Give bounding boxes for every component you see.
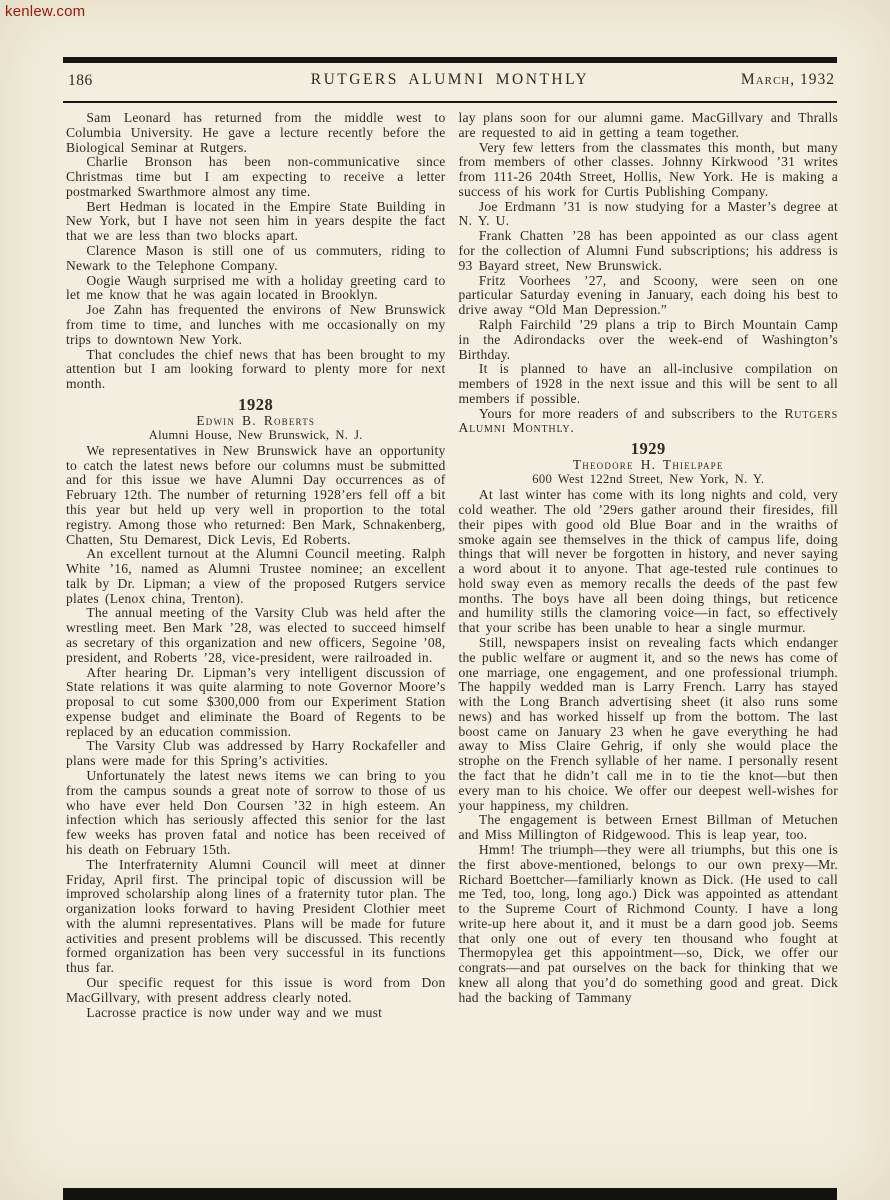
paragraph: Charlie Bronson has been non-communicati… xyxy=(66,155,446,199)
masthead: 186 RUTGERS ALUMNI MONTHLY March, 1932 xyxy=(63,70,837,96)
class-year-heading: 1929 xyxy=(459,440,839,457)
paragraph: We representatives in New Brunswick have… xyxy=(66,444,446,547)
paragraph: Our specific request for this issue is w… xyxy=(66,976,446,1006)
masthead-top-rule xyxy=(63,57,837,63)
watermark-text: kenlew.com xyxy=(5,3,85,20)
paragraph: Frank Chatten ’28 has been appointed as … xyxy=(459,229,839,273)
correspondent-address: Alumni House, New Brunswick, N. J. xyxy=(66,428,446,442)
paragraph: Bert Hedman is located in the Empire Sta… xyxy=(66,200,446,244)
paragraph: Ralph Fairchild ’29 plans a trip to Birc… xyxy=(459,318,839,362)
paragraph: Joe Erdmann ’31 is now studying for a Ma… xyxy=(459,200,839,230)
paragraph: It is planned to have an all-inclusive c… xyxy=(459,362,839,406)
correspondent-name: Edwin B. Roberts xyxy=(66,414,446,428)
paragraph: The annual meeting of the Varsity Club w… xyxy=(66,606,446,665)
right-column: lay plans soon for our alumni game. MacG… xyxy=(459,111,839,1020)
text-columns: Sam Leonard has returned from the middle… xyxy=(66,111,838,1020)
paragraph: Joe Zahn has frequented the environs of … xyxy=(66,303,446,347)
paragraph: The engagement is between Ernest Billman… xyxy=(459,813,839,843)
paragraph: Still, newspapers insist on revealing fa… xyxy=(459,636,839,813)
paragraph: Yours for more readers of and subscriber… xyxy=(459,407,839,437)
paragraph: Hmm! The triumph—they were all triumphs,… xyxy=(459,843,839,1006)
paragraph: An excellent turnout at the Alumni Counc… xyxy=(66,547,446,606)
paragraph: Oogie Waugh surprised me with a holiday … xyxy=(66,274,446,304)
paragraph: Fritz Voorhees ’27, and Scoony, were see… xyxy=(459,274,839,318)
class-year-heading: 1928 xyxy=(66,396,446,413)
paragraph: The Varsity Club was addressed by Harry … xyxy=(66,739,446,769)
paragraph: Unfortunately the latest news items we c… xyxy=(66,769,446,858)
paragraph: lay plans soon for our alumni game. MacG… xyxy=(459,111,839,141)
paragraph: Sam Leonard has returned from the middle… xyxy=(66,111,446,155)
scanned-magazine-page: kenlew.com 186 RUTGERS ALUMNI MONTHLY Ma… xyxy=(0,0,890,1200)
journal-name-smallcaps: Rutgers Alumni Monthly. xyxy=(459,406,839,436)
journal-title: RUTGERS ALUMNI MONTHLY xyxy=(63,71,837,89)
paragraph: The Interfraternity Alumni Council will … xyxy=(66,858,446,976)
correspondent-address: 600 West 122nd Street, New York, N. Y. xyxy=(459,472,839,486)
paragraph: Lacrosse practice is now under way and w… xyxy=(66,1006,446,1021)
correspondent-name: Theodore H. Thielpape xyxy=(459,458,839,472)
issue-date: March, 1932 xyxy=(741,71,835,89)
left-column: Sam Leonard has returned from the middle… xyxy=(66,111,446,1020)
paragraph: Clarence Mason is still one of us commut… xyxy=(66,244,446,274)
paragraph: After hearing Dr. Lipman’s very intellig… xyxy=(66,666,446,740)
scan-edge-bar xyxy=(63,1188,837,1200)
paragraph: That concludes the chief news that has b… xyxy=(66,348,446,392)
paragraph: Very few letters from the classmates thi… xyxy=(459,141,839,200)
paragraph: At last winter has come with its long ni… xyxy=(459,488,839,636)
masthead-bottom-rule xyxy=(63,101,837,103)
